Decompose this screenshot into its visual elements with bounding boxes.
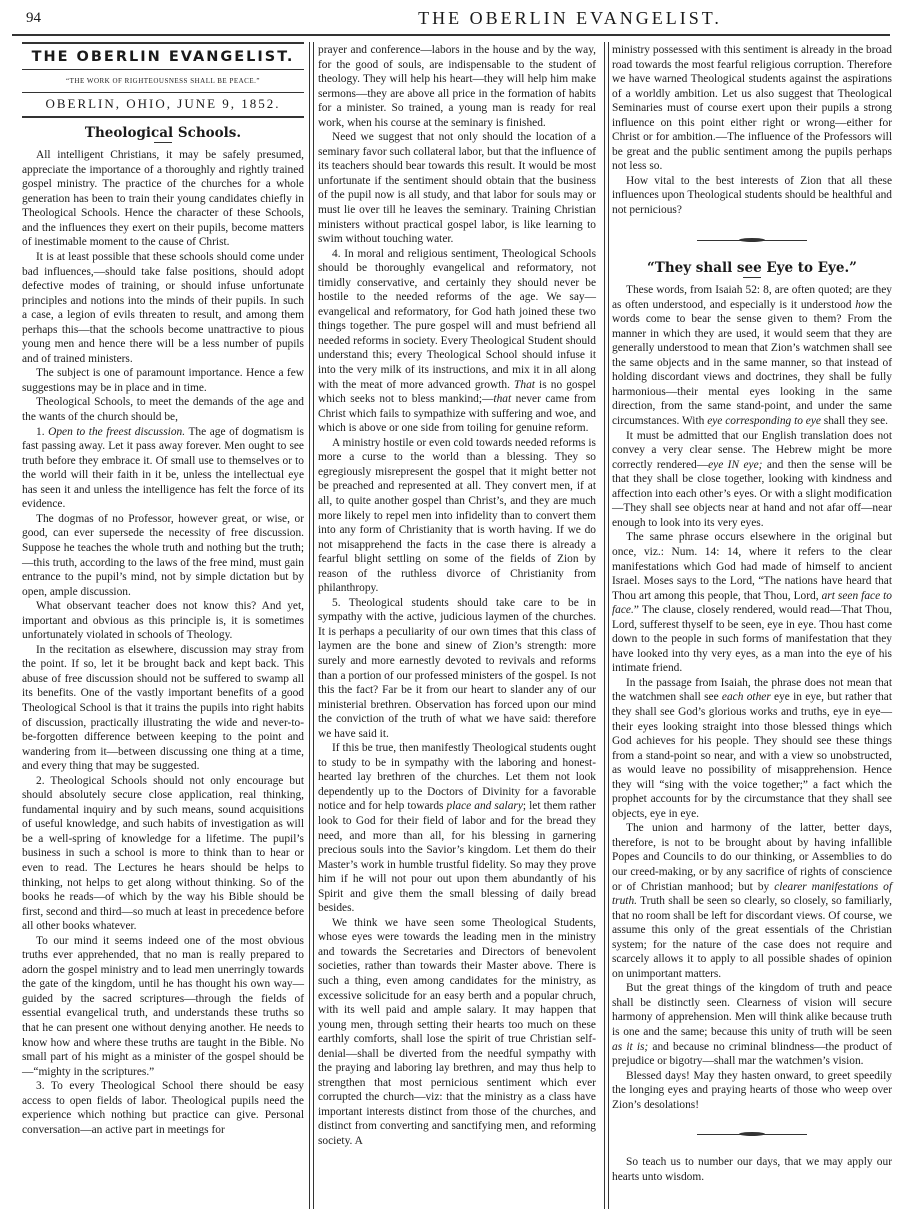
text-run: ; let them rather look to God for their … [318, 800, 596, 914]
paragraph: 4. In moral and religious sentiment, The… [318, 247, 596, 436]
paragraph: But the great things of the kingdom of t… [612, 981, 892, 1068]
text-run: 4. In moral and religious sentiment, The… [318, 248, 596, 391]
paragraph: Need we suggest that not only should the… [318, 130, 596, 246]
paragraph: The same phrase occurs elsewhere in the … [612, 530, 892, 675]
text-run: These words, from Isaiah 52: 8, are ofte… [612, 284, 892, 311]
paragraph: 2. Theological Schools should not only e… [22, 774, 304, 934]
text-run: The age of dogmatism is fast passing awa… [22, 426, 304, 511]
italic-phrase: eye corresponding to eye [707, 415, 821, 427]
section-ornament [697, 240, 807, 241]
paragraph: The union and harmony of the latter, bet… [612, 821, 892, 981]
masthead-title: THE OBERLIN EVANGELIST. [22, 50, 304, 65]
italic-phrase: that [493, 393, 511, 405]
article-headline: “They shall see Eye to Eye.” [612, 261, 892, 276]
text-run: Truth shall be seen so clearly, so close… [612, 895, 892, 980]
paragraph: In the passage from Isaiah, the phrase d… [612, 676, 892, 821]
text-run: shall they see. [821, 415, 888, 427]
paragraph: All intelligent Christians, it may be sa… [22, 148, 304, 250]
italic-phrase: eye IN eye; [708, 459, 762, 471]
headline-rule [743, 277, 761, 278]
text-run: the words come to bear the sense given t… [612, 299, 892, 427]
column-1: THE OBERLIN EVANGELIST. “THE WORK OF RIG… [22, 40, 304, 1137]
paragraph: Blessed days! May they hasten onward, to… [612, 1069, 892, 1113]
masthead-rule [22, 116, 304, 118]
paragraph: 3. To every Theological School there sho… [22, 1079, 304, 1137]
paragraph: If this be true, then manifestly Theolog… [318, 741, 596, 916]
paragraph: The dogmas of no Professor, however grea… [22, 512, 304, 599]
paragraph: Theological Schools, to meet the demands… [22, 395, 304, 424]
masthead-rule [22, 42, 304, 44]
text-run: But the great things of the kingdom of t… [612, 982, 892, 1038]
italic-phrase: That [514, 379, 535, 391]
italic-phrase: each other [722, 691, 771, 703]
paragraph: It must be admitted that our English tra… [612, 429, 892, 531]
paragraph: The subject is one of paramount importan… [22, 366, 304, 395]
dateline: OBERLIN, OHIO, JUNE 9, 1852. [22, 97, 304, 112]
paragraph: 5. Theological students should take care… [318, 596, 596, 741]
paragraph: In the recitation as elsewhere, discussi… [22, 643, 304, 774]
text-run: ” The clause, closely rendered, would re… [612, 604, 892, 674]
running-title: THE OBERLIN EVANGELIST. [0, 8, 900, 29]
paragraph: ministry possessed with this sentiment i… [612, 43, 892, 174]
closing-verse: So teach us to number our days, that we … [612, 1155, 892, 1184]
italic-phrase: as it is; [612, 1041, 648, 1053]
paragraph: It is at least possible that these schoo… [22, 250, 304, 366]
paragraph: A ministry hostile or even cold towards … [318, 436, 596, 596]
article-headline: Theological Schools. [22, 126, 304, 141]
paragraph: 1. Open to the freest discussion. The ag… [22, 425, 304, 512]
masthead-motto: “THE WORK OF RIGHTEOUSNESS SHALL BE PEAC… [22, 74, 304, 89]
text-run: and because no criminal blindness—the pr… [612, 1041, 892, 1068]
italic-phrase: how [855, 299, 874, 311]
paragraph: What observant teacher does not know thi… [22, 599, 304, 643]
paragraph: How vital to the best interests of Zion … [612, 174, 892, 218]
column-rule-1 [309, 42, 314, 1209]
top-rule [12, 34, 890, 36]
column-2: prayer and conference—labors in the hous… [318, 40, 596, 1149]
column-rule-2 [604, 42, 609, 1209]
masthead-rule [22, 69, 304, 70]
section-ornament [697, 1134, 807, 1135]
masthead-rule [22, 92, 304, 93]
paragraph: These words, from Isaiah 52: 8, are ofte… [612, 283, 892, 428]
point-label: 1. [36, 426, 48, 438]
italic-phrase: Open to the freest discussion. [48, 426, 185, 438]
headline-rule [154, 142, 172, 143]
paragraph: We think we have seen some Theological S… [318, 916, 596, 1149]
text-run: eye in eye, but rather that they shall s… [612, 691, 892, 819]
paragraph: To our mind it seems indeed one of the m… [22, 934, 304, 1079]
paragraph: prayer and conference—labors in the hous… [318, 43, 596, 130]
column-3: ministry possessed with this sentiment i… [612, 40, 892, 1184]
italic-phrase: place and salary [447, 800, 523, 812]
